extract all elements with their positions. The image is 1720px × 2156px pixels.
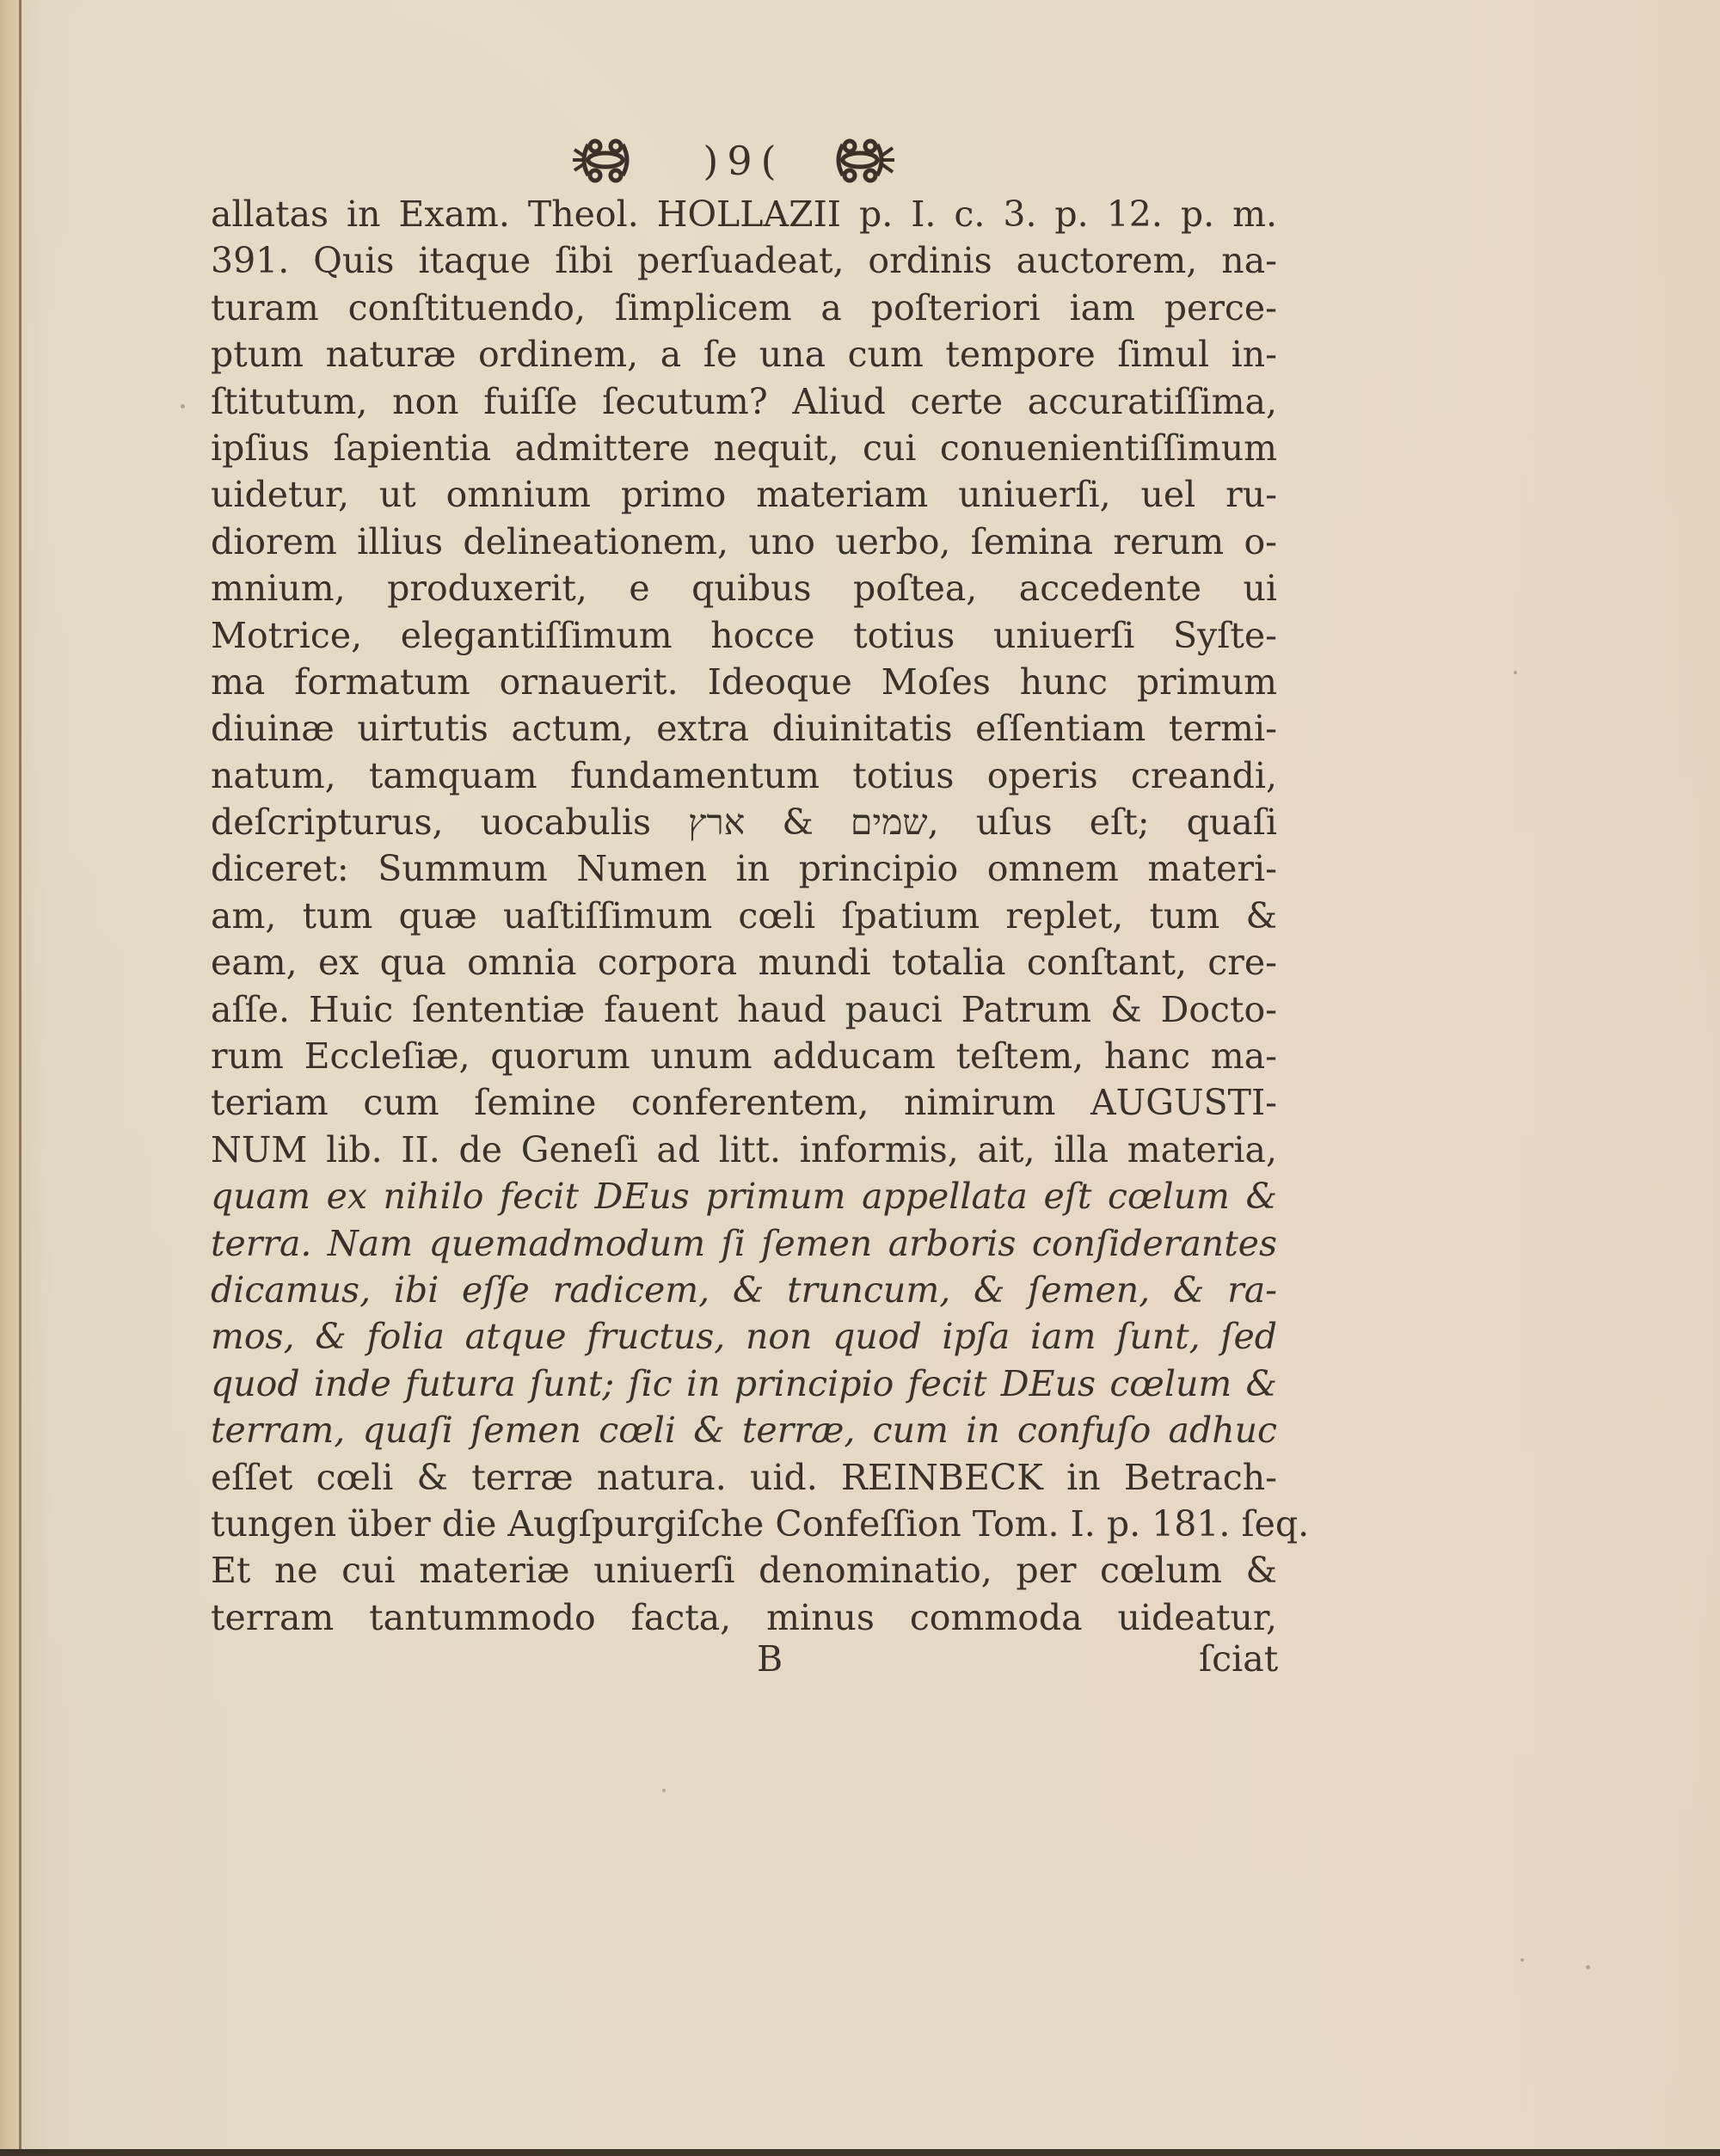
- page-bottom-edge: [0, 2149, 1720, 2156]
- text-line: diceret: Summum Numen in principio omnem…: [211, 845, 1277, 892]
- text-line: eſſet cœli & terræ natura. uid. REINBECK…: [211, 1454, 1277, 1501]
- text-line: rum Eccleſiæ, quorum unum adducam teſtem…: [211, 1033, 1277, 1079]
- text-line: diorem illius delineationem, uno uerbo, …: [211, 519, 1277, 565]
- fleuron-ornament-icon: [569, 136, 638, 184]
- text-line: mnium, produxerit, e quibus poſtea, acce…: [211, 565, 1277, 611]
- text-line: tungen über die Augſpurgiſche Confeſſion…: [211, 1501, 1277, 1547]
- signature-mark: B: [757, 1638, 783, 1680]
- page-binding-edge: [0, 0, 21, 2156]
- catchword: ſciat: [1199, 1638, 1278, 1680]
- text-line: eam, ex qua omnia corpora mundi totalia …: [211, 939, 1277, 986]
- text-line-italic-quote: quod inde futura ſunt; ſic in principio …: [211, 1361, 1277, 1407]
- paper-speck: [1514, 671, 1517, 674]
- text-line-italic-quote: quam ex nihilo fecit DEus primum appella…: [211, 1173, 1277, 1219]
- text-line: ma formatum ornauerit. Ideoque Moſes hun…: [211, 659, 1277, 705]
- text-line: Motrice, elegantiſſimum hocce totius uni…: [211, 612, 1277, 659]
- text-line: ſtitutum, non fuiſſe ſecutum? Aliud cert…: [211, 378, 1277, 425]
- body-text: allatas in Exam. Theol. HOLLAZII p. I. c…: [211, 191, 1277, 1641]
- text-line: natum, tamquam fundamentum totius operis…: [211, 752, 1277, 799]
- text-line: uidetur, ut omnium primo materiam uniuer…: [211, 471, 1277, 518]
- text-line: ptum naturæ ordinem, a ſe una cum tempor…: [211, 331, 1277, 378]
- text-line-hebrew: deſcripturus, uocabulis שמים & ארץ, uſus…: [211, 799, 1277, 845]
- text-line: Et ne cui materiæ uniuerſi denominatio, …: [211, 1547, 1277, 1594]
- text-line: 391. Quis itaque ſibi perſuadeat, ordini…: [211, 237, 1277, 284]
- text-line-italic-quote: mos, & folia atque fructus, non quod ipſ…: [211, 1313, 1277, 1360]
- text-line: NUM lib. II. de Geneſi ad litt. informis…: [211, 1127, 1277, 1173]
- text-line: allatas in Exam. Theol. HOLLAZII p. I. c…: [211, 191, 1277, 237]
- paper-speck: [662, 1789, 666, 1792]
- text-line: ipſius ſapientia admittere nequit, cui c…: [211, 425, 1277, 471]
- text-line-italic-quote: terram, quaſi ſemen cœli & terræ, cum in…: [211, 1407, 1277, 1453]
- text-line: diuinæ uirtutis actum, extra diuinitatis…: [211, 705, 1277, 752]
- text-line: aſſe. Huic ſententiæ fauent haud pauci P…: [211, 986, 1277, 1033]
- paper-speck: [1520, 1958, 1524, 1962]
- text-line: turam conſtituendo, ſimplicem a poſterio…: [211, 285, 1277, 331]
- scanned-book-page: )9( allatas in Exam: [0, 0, 1720, 2156]
- fleuron-ornament-icon: [827, 136, 896, 184]
- page-header: )9(: [0, 136, 1720, 187]
- page-number: )9(: [671, 138, 817, 184]
- paper-speck: [1586, 1965, 1590, 1969]
- paper-speck: [181, 404, 185, 408]
- text-line-italic-quote: terra. Nam quemadmodum ſi ſemen arboris …: [211, 1220, 1277, 1267]
- text-line: teriam cum ſemine conferentem, nimirum A…: [211, 1079, 1277, 1126]
- page-footer: B ſciat: [0, 1638, 1720, 1690]
- text-line: am, tum quæ uaſtiſſimum cœli ſpatium rep…: [211, 893, 1277, 939]
- text-line: terram tantummodo facta, minus commoda u…: [211, 1594, 1277, 1641]
- text-line-italic-quote: dicamus, ibi eſſe radicem, & truncum, & …: [211, 1267, 1277, 1313]
